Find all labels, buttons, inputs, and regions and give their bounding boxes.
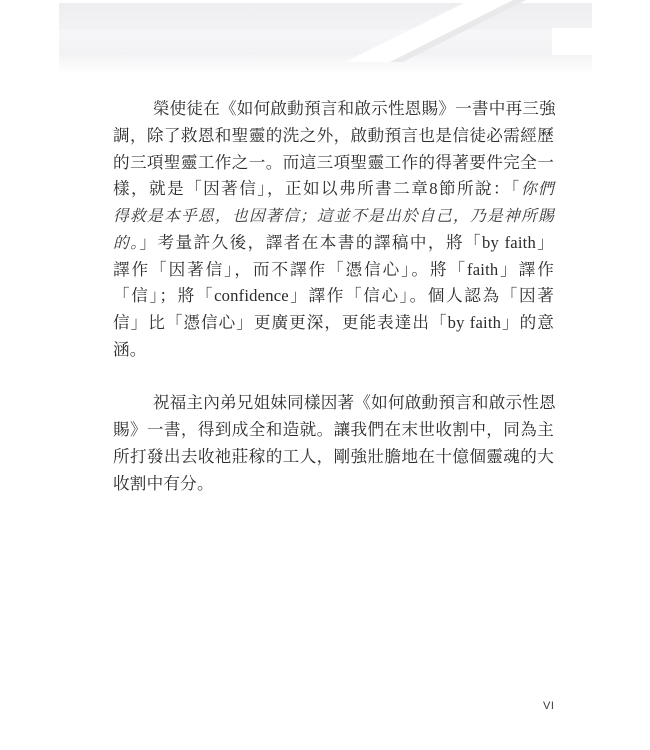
text-segment: 賜》一書，得到成全和造就。讓我們在末世收割中，同為主 bbox=[113, 420, 554, 439]
text-line: 調，除了救恩和聖靈的洗之外，啟動預言也是信徒必需經歷 bbox=[113, 123, 554, 150]
text-block: 榮使徒在《如何啟動預言和啟示性恩賜》一書中再三強調，除了救恩和聖靈的洗之外，啟動… bbox=[113, 96, 554, 497]
text-segment: 譯作「因著信」，而不譯作「憑信心」。將「faith」譯作 bbox=[113, 260, 554, 279]
header-graphic-svg bbox=[0, 0, 650, 100]
text-line: 收割中有分。 bbox=[113, 471, 554, 498]
text-segment: 祝福主內弟兄姐妹同樣因著《如何啟動預言和啟示性恩 bbox=[153, 393, 556, 412]
decorative-header-graphic bbox=[0, 0, 650, 100]
text-line: 信」比「憑信心」更廣更深，更能表達出「by faith」的意 bbox=[113, 310, 554, 337]
text-segment: 收割中有分。 bbox=[113, 474, 214, 493]
text-line: 祝福主內弟兄姐妹同樣因著《如何啟動預言和啟示性恩 bbox=[113, 390, 554, 417]
text-segment: 榮使徒在《如何啟動預言和啟示性恩賜》一書中再三強 bbox=[153, 99, 556, 118]
text-segment: 「信」；將「confidence」譯作「信心」。個人認為「因著 bbox=[113, 286, 554, 305]
scripture-quote-segment: 的。 bbox=[113, 235, 140, 252]
text-line: 的。」考量許久後，譯者在本書的譯稿中，將「by faith」 bbox=[113, 230, 554, 257]
scripture-quote-segment: 得救是本乎恩，也因著信；這並不是出於自己，乃是神所賜 bbox=[113, 208, 554, 225]
paragraph-gap bbox=[113, 364, 554, 391]
text-line: 「信」；將「confidence」譯作「信心」。個人認為「因著 bbox=[113, 283, 554, 310]
text-segment: 調，除了救恩和聖靈的洗之外，啟動預言也是信徒必需經歷 bbox=[113, 126, 554, 145]
scripture-quote-segment: 你們 bbox=[521, 181, 554, 198]
text-segment: 樣，就是「因著信」，正如以弗所書二章8節所說：「 bbox=[113, 179, 521, 198]
text-line: 得救是本乎恩，也因著信；這並不是出於自己，乃是神所賜 bbox=[113, 203, 554, 230]
header-band-middle bbox=[59, 30, 592, 55]
text-line: 榮使徒在《如何啟動預言和啟示性恩賜》一書中再三強 bbox=[113, 96, 554, 123]
text-line: 涵。 bbox=[113, 337, 554, 364]
text-segment: 涵。 bbox=[113, 340, 147, 359]
header-band-top bbox=[59, 3, 592, 30]
paragraph: 榮使徒在《如何啟動預言和啟示性恩賜》一書中再三強調，除了救恩和聖靈的洗之外，啟動… bbox=[113, 96, 554, 364]
header-band-fade bbox=[59, 55, 592, 75]
text-line: 的三項聖靈工作之一。而這三項聖靈工作的得著要件完全一 bbox=[113, 150, 554, 177]
header-ribbon-bevel-edge bbox=[390, 0, 526, 62]
text-segment: 的三項聖靈工作之一。而這三項聖靈工作的得著要件完全一 bbox=[113, 153, 554, 172]
text-segment: 」考量許久後，譯者在本書的譯稿中，將「by faith」 bbox=[140, 233, 555, 252]
text-segment: 信」比「憑信心」更廣更深，更能表達出「by faith」的意 bbox=[113, 313, 554, 332]
header-ribbon-highlight bbox=[345, 0, 513, 62]
text-line: 樣，就是「因著信」，正如以弗所書二章8節所說：「你們 bbox=[113, 176, 554, 203]
text-line: 譯作「因著信」，而不譯作「憑信心」。將「faith」譯作 bbox=[113, 257, 554, 284]
header-notch bbox=[552, 28, 592, 55]
text-line: 賜》一書，得到成全和造就。讓我們在末世收割中，同為主 bbox=[113, 417, 554, 444]
paragraph: 祝福主內弟兄姐妹同樣因著《如何啟動預言和啟示性恩賜》一書，得到成全和造就。讓我們… bbox=[113, 390, 554, 497]
text-segment: 所打發出去收祂莊稼的工人，剛強壯膽地在十億個靈魂的大 bbox=[113, 447, 554, 466]
text-line: 所打發出去收祂莊稼的工人，剛強壯膽地在十億個靈魂的大 bbox=[113, 444, 554, 471]
page-number: VI bbox=[543, 700, 555, 712]
book-page: 榮使徒在《如何啟動預言和啟示性恩賜》一書中再三強調，除了救恩和聖靈的洗之外，啟動… bbox=[0, 0, 650, 750]
